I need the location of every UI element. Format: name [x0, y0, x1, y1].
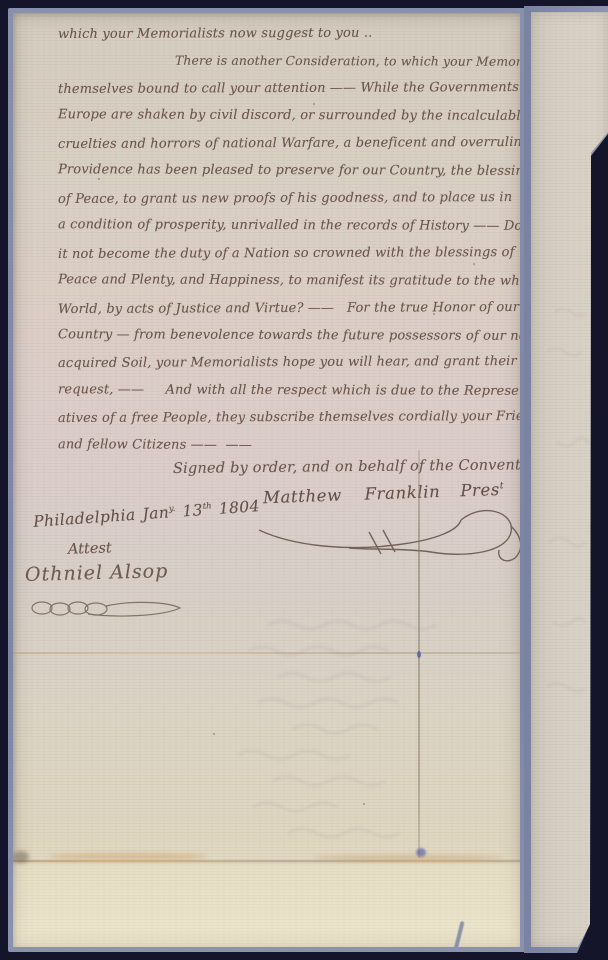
photo-background: { "colors": { "background": "#14142a", "…: [0, 0, 608, 960]
manuscript-body: which your Memorialists now suggest to y…: [58, 20, 518, 459]
ink-bleedthrough: [148, 613, 518, 848]
dateline-year: 1804: [218, 497, 260, 518]
manuscript-line: of Peace, to grant us new proofs of his …: [58, 184, 518, 213]
attest-label: Attest: [68, 540, 112, 558]
paper-stain: [48, 853, 208, 860]
dateline-month: Jan: [142, 503, 170, 523]
manuscript-line: Providence has been pleased to preserve …: [58, 156, 518, 185]
bottom-tear-mark: [453, 921, 464, 947]
manuscript-line: World, by acts of Justice and Virtue? ——…: [58, 294, 518, 323]
manuscript-line: There is another Consideration, to which…: [58, 47, 518, 76]
manuscript-line: Country — from benevolence towards the f…: [58, 321, 518, 350]
blue-ink-smudge: [416, 848, 426, 857]
dateline: PhiladelphiaJany.13th1804: [33, 497, 261, 531]
paper-speck: [313, 103, 315, 105]
signature-title: Pres: [460, 480, 500, 500]
signature-flourish: [253, 506, 520, 568]
manuscript-line: Peace and Plenty, and Happiness, to mani…: [58, 266, 518, 295]
manuscript-line: cruelties and horrors of national Warfar…: [58, 129, 518, 158]
dateline-place: Philadelphia: [33, 506, 137, 531]
manuscript-line: Europe are shaken by civil discord, or s…: [58, 102, 518, 131]
paper-speck: [213, 733, 215, 735]
paper-speck: [473, 263, 475, 265]
dateline-month-superscript: y.: [169, 504, 176, 514]
signature-name: Matthew Franklin: [263, 482, 441, 507]
attest-signature: Othniel Alsop: [25, 560, 169, 586]
ink-bleedthrough: [537, 292, 597, 712]
fold-crease-lower: [13, 860, 520, 862]
manuscript-line: request, —— And with all the respect whi…: [58, 376, 518, 405]
paper-speck: [103, 443, 105, 445]
manuscript-line: acquired Soil, your Memorialists hope yo…: [58, 348, 518, 377]
signature-title-superscript: t: [500, 481, 504, 491]
manuscript-line: themselves bound to call your attention …: [58, 74, 518, 103]
closing-line: Signed by order, and on behalf of the Co…: [173, 457, 520, 477]
manuscript-line: and fellow Citizens —— ——: [58, 431, 518, 460]
manuscript-line: it not become the duty of a Nation so cr…: [58, 239, 518, 268]
manuscript-line: a condition of prosperity, unrivalled in…: [58, 211, 518, 240]
dateline-day: 13: [182, 501, 204, 520]
paper-speck: [98, 178, 100, 180]
president-signature: Matthew FranklinPrest: [263, 480, 504, 507]
paper-speck: [363, 803, 365, 805]
manuscript-line: which your Memorialists now suggest to y…: [58, 19, 518, 48]
dateline-day-superscript: th: [202, 501, 212, 512]
manuscript-page: which your Memorialists now suggest to y…: [13, 13, 520, 947]
below-fold-shading: [13, 862, 520, 947]
manuscript-line: atives of a free People, they subscribe …: [58, 403, 518, 432]
paper-speck: [433, 313, 435, 315]
adjacent-page-edge: [531, 12, 608, 947]
